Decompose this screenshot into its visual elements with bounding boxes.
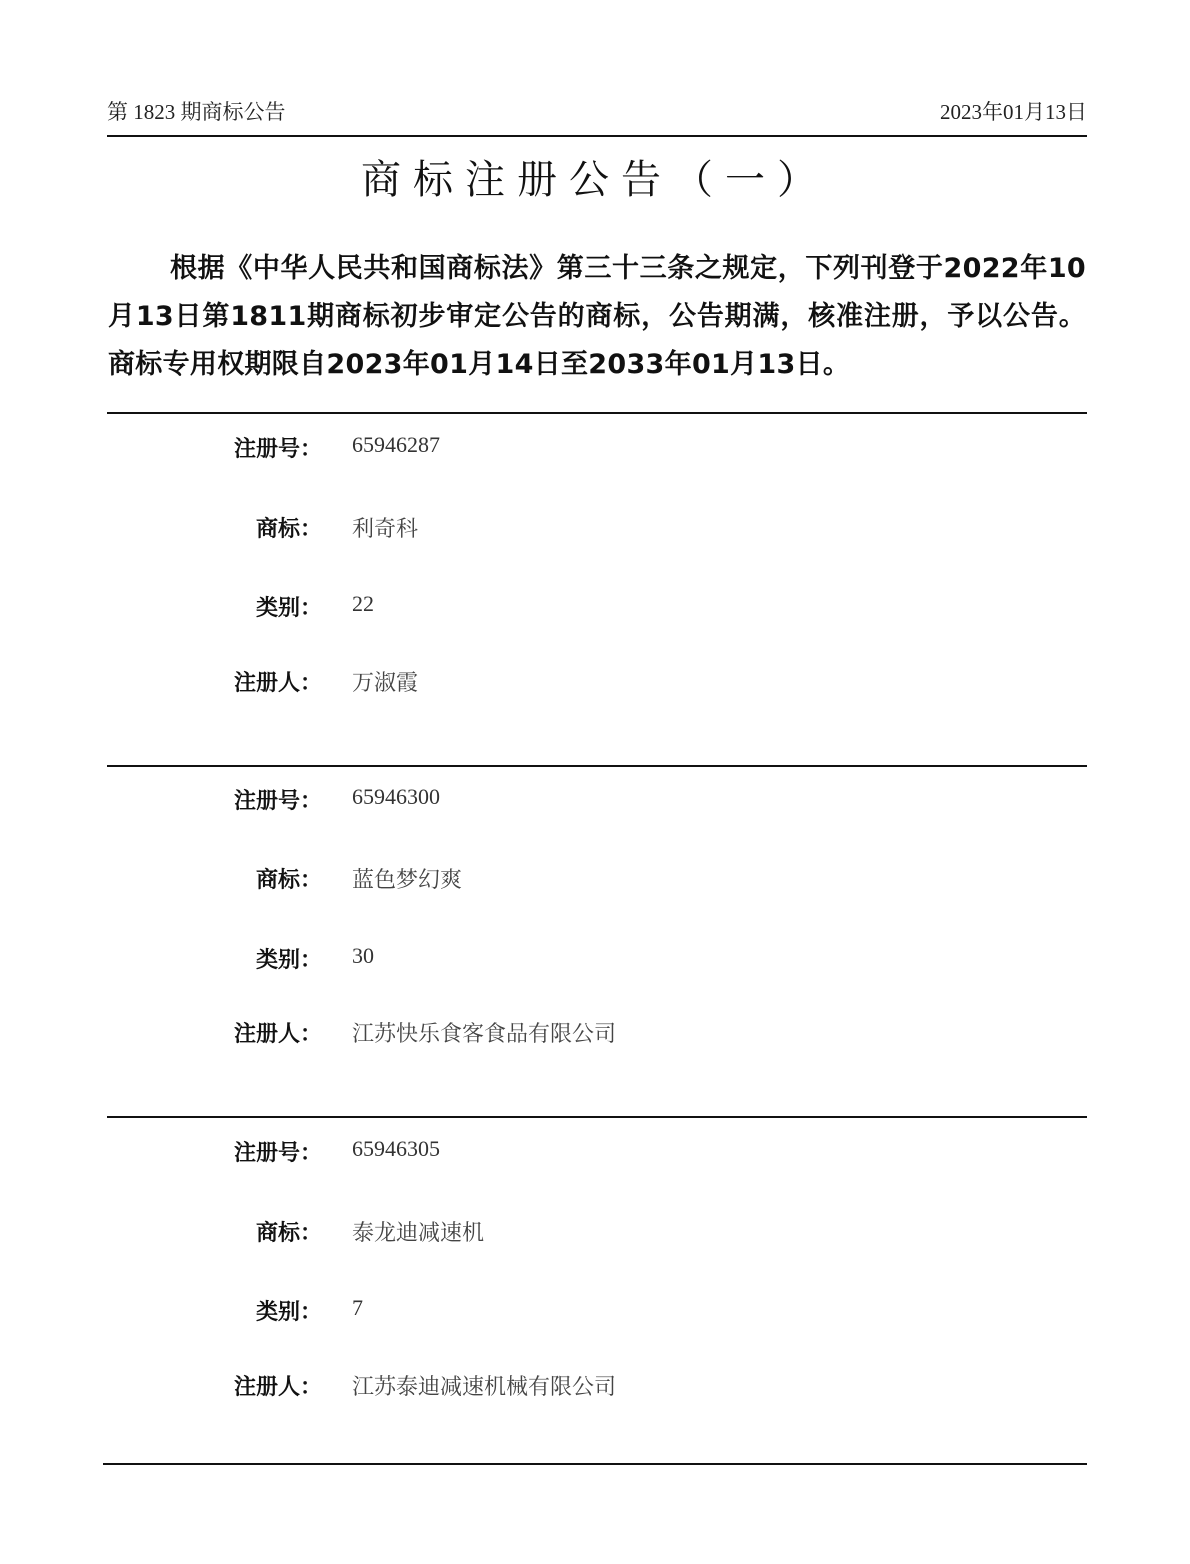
registrant-value: 江苏泰迪减速机械有限公司 bbox=[352, 1370, 616, 1401]
trademark-label: 商标： bbox=[256, 512, 322, 543]
trademark-row: 商标： 利奇科 bbox=[107, 512, 1087, 552]
issue-number: 第 1823 期商标公告 bbox=[107, 96, 286, 126]
reg-no-row: 注册号： 65946305 bbox=[107, 1136, 1087, 1176]
registrant-row: 注册人： 江苏泰迪减速机械有限公司 bbox=[107, 1370, 1087, 1410]
reg-no-row: 注册号： 65946300 bbox=[107, 784, 1087, 824]
class-label: 类别： bbox=[256, 591, 322, 622]
trademark-label: 商标： bbox=[256, 863, 322, 894]
class-row: 类别： 7 bbox=[107, 1295, 1087, 1335]
page-header: 第 1823 期商标公告 2023年01月13日 bbox=[107, 96, 1087, 128]
trademark-value: 泰龙迪减速机 bbox=[352, 1216, 484, 1247]
header-divider bbox=[107, 135, 1087, 137]
intro-paragraph: 根据《中华人民共和国商标法》第三十三条之规定，下列刊登于2022年10月13日第… bbox=[108, 245, 1086, 389]
class-value: 22 bbox=[352, 591, 374, 617]
registrant-row: 注册人： 万淑霞 bbox=[107, 666, 1087, 706]
class-label: 类别： bbox=[256, 943, 322, 974]
reg-no-row: 注册号： 65946287 bbox=[107, 432, 1087, 472]
registrant-label: 注册人： bbox=[234, 666, 322, 697]
trademark-value: 利奇科 bbox=[352, 512, 418, 543]
reg-no-label: 注册号： bbox=[234, 432, 322, 463]
trademark-row: 商标： 泰龙迪减速机 bbox=[107, 1216, 1087, 1256]
issue-date: 2023年01月13日 bbox=[940, 96, 1087, 126]
entry-divider bbox=[107, 1116, 1087, 1118]
registrant-row: 注册人： 江苏快乐食客食品有限公司 bbox=[107, 1017, 1087, 1057]
reg-no-value: 65946287 bbox=[352, 432, 440, 458]
reg-no-label: 注册号： bbox=[234, 1136, 322, 1167]
class-row: 类别： 22 bbox=[107, 591, 1087, 631]
trademark-label: 商标： bbox=[256, 1216, 322, 1247]
class-value: 30 bbox=[352, 943, 374, 969]
reg-no-value: 65946300 bbox=[352, 784, 440, 810]
entry-divider bbox=[107, 412, 1087, 414]
reg-no-value: 65946305 bbox=[352, 1136, 440, 1162]
class-label: 类别： bbox=[256, 1295, 322, 1326]
registrant-value: 万淑霞 bbox=[352, 666, 418, 697]
registrant-label: 注册人： bbox=[234, 1370, 322, 1401]
page-title: 商标注册公告（一） bbox=[0, 148, 1190, 205]
announcement-page: 第 1823 期商标公告 2023年01月13日 商标注册公告（一） 根据《中华… bbox=[0, 0, 1190, 1564]
reg-no-label: 注册号： bbox=[234, 784, 322, 815]
class-row: 类别： 30 bbox=[107, 943, 1087, 983]
footer-divider bbox=[103, 1463, 1087, 1465]
trademark-value: 蓝色梦幻爽 bbox=[352, 863, 462, 894]
entry-divider bbox=[107, 765, 1087, 767]
registrant-value: 江苏快乐食客食品有限公司 bbox=[352, 1017, 616, 1048]
registrant-label: 注册人： bbox=[234, 1017, 322, 1048]
class-value: 7 bbox=[352, 1295, 363, 1321]
trademark-row: 商标： 蓝色梦幻爽 bbox=[107, 863, 1087, 903]
